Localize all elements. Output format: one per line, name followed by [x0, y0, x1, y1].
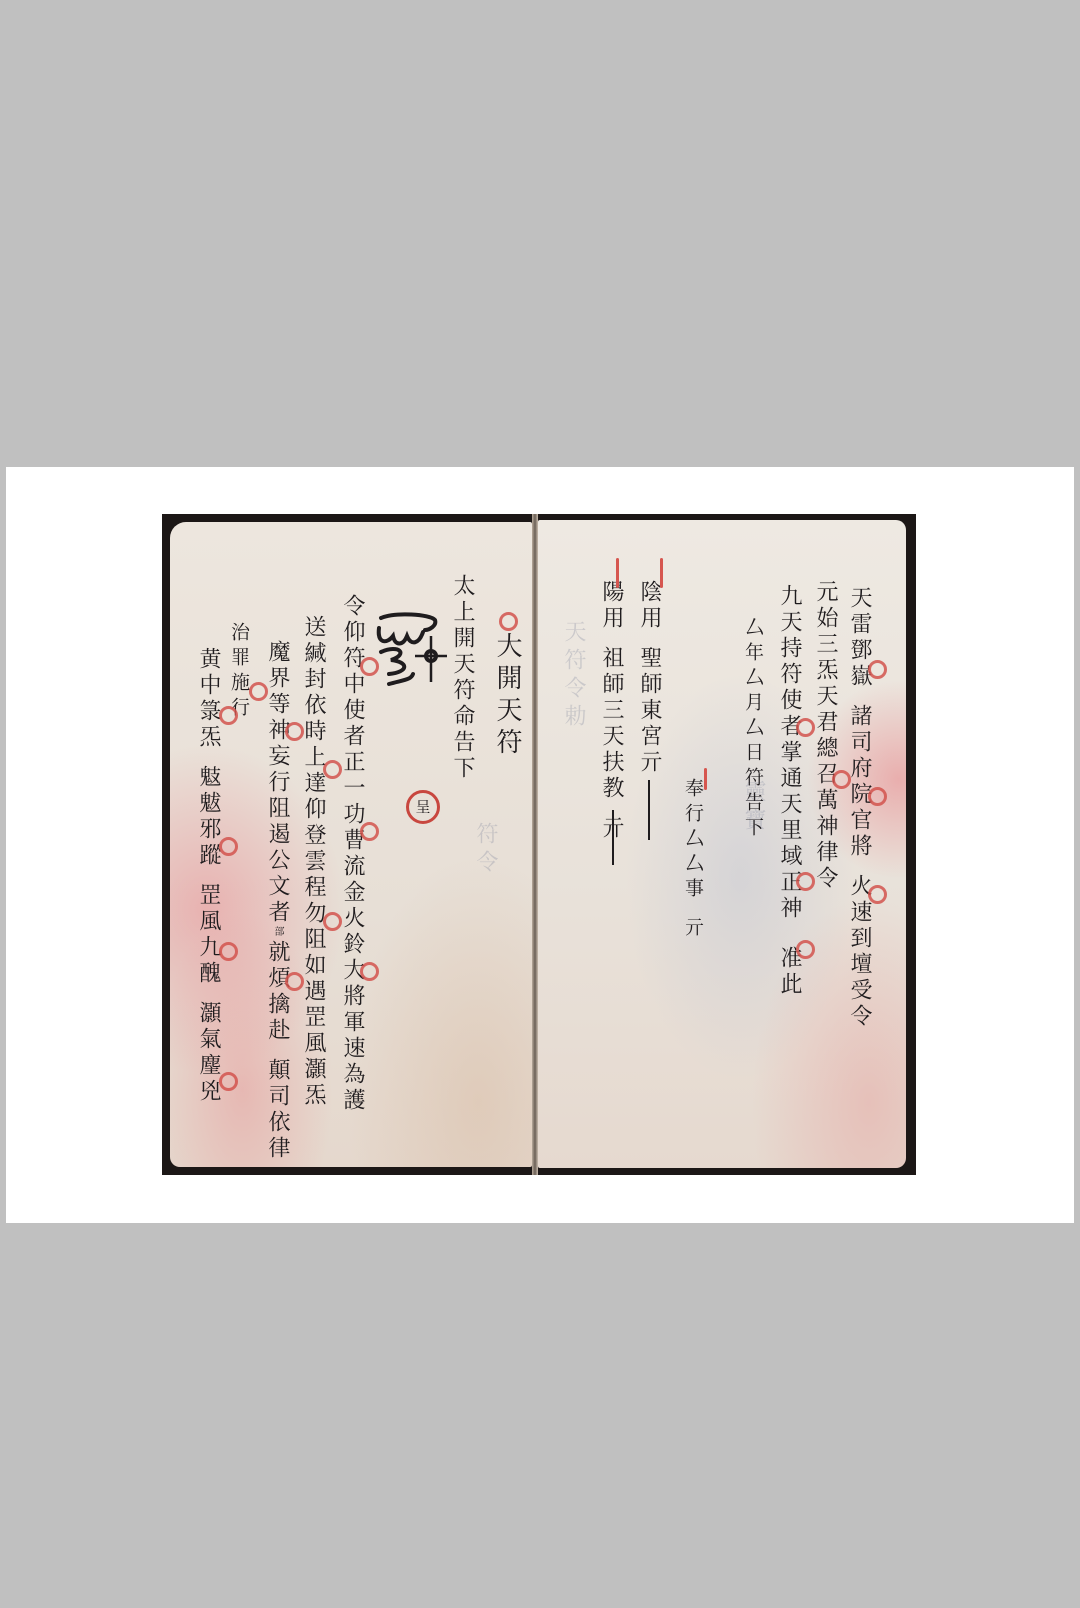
red-tick-mark — [660, 558, 663, 588]
ink-stroke — [648, 780, 650, 840]
red-circle-mark — [360, 962, 379, 981]
talisman-sigil-icon — [375, 610, 451, 700]
text-column-l1: 令仰符中使者正一功曹流金火鈴大將軍速為護 — [341, 594, 363, 1114]
red-tick-mark — [616, 558, 619, 588]
text-column-r5: 奉行厶厶事亓 — [683, 778, 702, 942]
text-column-r4-date: 厶年厶月厶日符告下 — [743, 617, 762, 842]
red-circle-mark — [360, 657, 379, 676]
text-column-l3: 魔界等神妄行阻遏公文者部就煩擒赴顛司依律 — [266, 640, 288, 1162]
red-circle-mark — [868, 787, 887, 806]
red-circle-mark — [219, 837, 238, 856]
red-circle-mark — [499, 612, 518, 631]
left-page: 符令 大開天符 太上開天符命告下 呈 令仰符中使者正一功曹流金火鈴大將軍速為護 … — [170, 522, 532, 1167]
text-column-l5: 黄中箓炁鬾魃邪蹤罡風九醜灝氣麈兇 — [197, 647, 219, 1105]
red-circle-mark — [249, 682, 268, 701]
talisman-subtitle: 太上開天符命告下 — [451, 574, 473, 782]
text-column-r6: 陰用聖師東宮亓 — [638, 580, 660, 776]
red-circle-mark — [285, 972, 304, 991]
text-column-r1: 天雷鄧嶽諸司府院官將火速到壇受令 — [848, 586, 870, 1030]
red-circle-mark — [868, 885, 887, 904]
ink-stroke — [612, 810, 614, 865]
red-circle-mark — [323, 760, 342, 779]
red-circle-mark — [796, 718, 815, 737]
right-page: 天符令勅 靈寶 天雷鄧嶽諸司府院官將火速到壇受令 元始三炁天君總召萬神律令 九天… — [538, 520, 906, 1168]
open-manuscript: 符令 大開天符 太上開天符命告下 呈 令仰符中使者正一功曹流金火鈴大將軍速為護 … — [162, 514, 916, 1175]
red-seal-mark: 呈 — [406, 790, 440, 824]
red-circle-mark — [796, 872, 815, 891]
text-column-r2: 元始三炁天君總召萬神律令 — [814, 580, 836, 892]
red-circle-mark — [219, 942, 238, 961]
text-column-r3: 九天持符使者掌通天里域正神准此 — [778, 584, 800, 998]
red-circle-mark — [360, 822, 379, 841]
text-column-r7: 陽用祖師三天扶教亓 — [600, 580, 622, 842]
red-circle-mark — [868, 660, 887, 679]
text-column-l2: 送緘封依時上達仰登雲程勿阻如遇罡風灝炁 — [302, 615, 324, 1109]
red-circle-mark — [796, 940, 815, 959]
bleed-through-text: 天符令勅 — [558, 620, 589, 732]
red-circle-mark — [219, 1072, 238, 1091]
talisman-title: 大開天符 — [494, 632, 520, 760]
red-circle-mark — [832, 770, 851, 789]
red-circle-mark — [219, 706, 238, 725]
bleed-through-text: 符令 — [470, 822, 501, 878]
red-circle-mark — [323, 912, 342, 931]
red-circle-mark — [285, 722, 304, 741]
red-tick-mark — [704, 768, 707, 790]
